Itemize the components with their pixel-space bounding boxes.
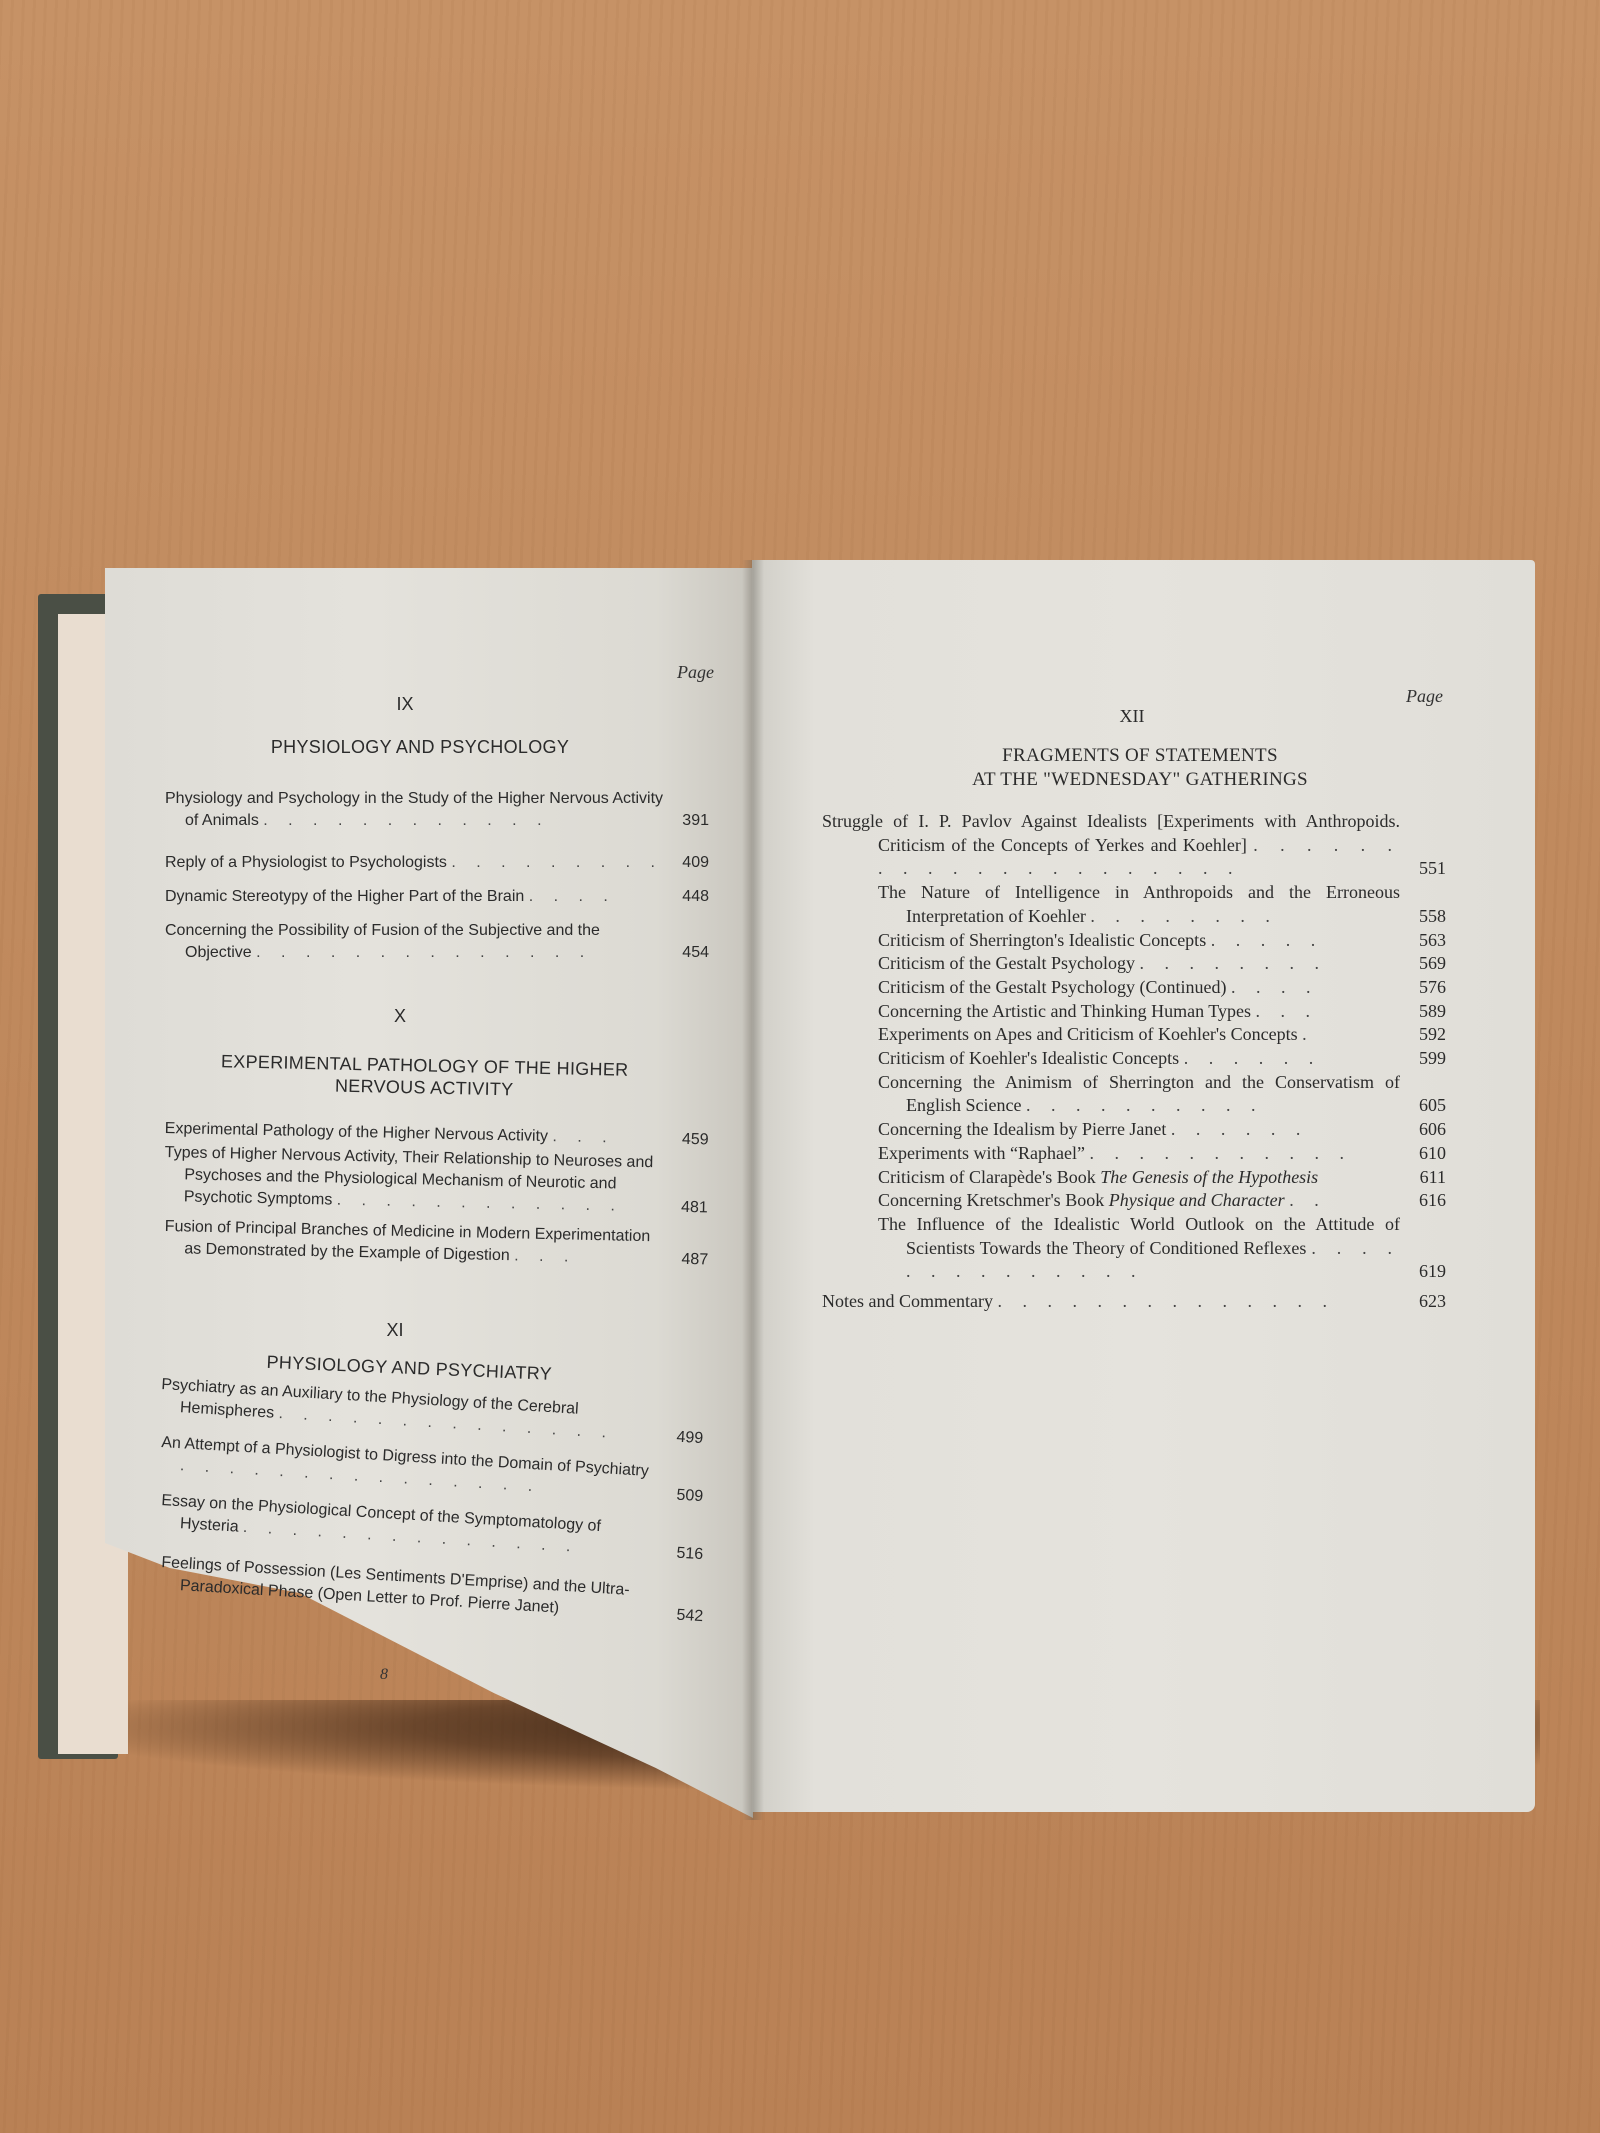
entry-title: Experiments with “Raphael” <box>878 1143 1085 1163</box>
toc-entry[interactable]: Concerning Kretschmer's Book Physique an… <box>878 1189 1400 1213</box>
page-number: 8 <box>380 1666 388 1684</box>
toc-entry[interactable]: Experiments with “Raphael” . . . . . . .… <box>878 1142 1400 1166</box>
toc-entry[interactable]: Experiments on Apes and Criticism of Koe… <box>878 1023 1400 1047</box>
toc-entry[interactable]: The Influence of the Idealistic World Ou… <box>878 1213 1400 1284</box>
toc-entry[interactable]: Criticism of Sherrington's Idealistic Co… <box>878 929 1400 953</box>
toc-entry[interactable]: Concerning the Artistic and Thinking Hum… <box>878 1000 1400 1024</box>
leader-dots: . . . . . . . . . . . . . . <box>997 1291 1335 1311</box>
toc-entry[interactable]: Struggle of I. P. Pavlov Against Idealis… <box>822 810 1400 881</box>
entry-page: 558 <box>1419 905 1446 929</box>
toc-entry-notes[interactable]: Notes and Commentary . . . . . . . . . .… <box>822 1290 1400 1314</box>
leader-dots: . . . . . . . . . . . . <box>337 1192 624 1215</box>
section-numeral-xii: XII <box>1032 706 1232 727</box>
book-title: Physique and Character <box>1109 1190 1285 1210</box>
leader-dots: . . . . <box>529 888 616 905</box>
section-numeral-x: X <box>150 1006 650 1027</box>
entry-page: 516 <box>676 1543 704 1567</box>
entry-page: 623 <box>1419 1290 1446 1314</box>
section-title-xii: FRAGMENTS OF STATEMENTS AT THE "WEDNESDA… <box>880 744 1400 792</box>
entry-page: 589 <box>1419 1000 1446 1024</box>
toc-entry[interactable]: Concerning the Animism of Sherrington an… <box>878 1071 1400 1118</box>
entry-page: 454 <box>682 942 709 964</box>
book-gutter <box>742 560 764 1820</box>
entry-page: 611 <box>1420 1166 1446 1190</box>
toc-entry[interactable]: Concerning the Possibility of Fusion of … <box>165 920 665 964</box>
section-numeral-ix: IX <box>160 694 650 715</box>
entry-title: Concerning the Idealism by Pierre Janet <box>878 1119 1166 1139</box>
toc-entry[interactable]: Criticism of Clarapède's Book The Genesi… <box>878 1166 1400 1190</box>
entry-page: 409 <box>682 852 709 874</box>
entry-title: Concerning Kretschmer's Book <box>878 1190 1109 1210</box>
toc-entry[interactable]: Types of Higher Nervous Activity, Their … <box>164 1142 665 1218</box>
entry-page: 563 <box>1419 929 1446 953</box>
entry-page: 569 <box>1419 952 1446 976</box>
entry-page: 509 <box>676 1485 704 1509</box>
entry-page: 606 <box>1419 1118 1446 1142</box>
toc-list: Struggle of I. P. Pavlov Against Idealis… <box>822 810 1400 1314</box>
entry-page: 599 <box>1419 1047 1446 1071</box>
entry-page: 619 <box>1419 1260 1446 1284</box>
entry-page: 487 <box>681 1249 708 1272</box>
entry-page: 616 <box>1419 1189 1446 1213</box>
leader-dots: . . . <box>514 1247 577 1265</box>
entry-title: Concerning the Artistic and Thinking Hum… <box>878 1001 1251 1021</box>
entry-title: Criticism of Clarapède's Book <box>878 1167 1100 1187</box>
entry-title: Fusion of Principal Branches of Medicine… <box>165 1218 651 1264</box>
leader-dots: . . . . . . . . <box>1090 906 1278 926</box>
entry-title: Criticism of the Gestalt Psychology (Con… <box>878 977 1226 997</box>
section-title-line: FRAGMENTS OF STATEMENTS <box>880 744 1400 768</box>
entry-title: Dynamic Stereotypy of the Higher Part of… <box>165 888 524 905</box>
entry-page: 542 <box>676 1605 704 1629</box>
entry-page: 592 <box>1419 1023 1446 1047</box>
entry-page: 610 <box>1419 1142 1446 1166</box>
leader-dots: . . . . . . . . . . <box>1026 1095 1264 1115</box>
section-title-ix: PHYSIOLOGY AND PSYCHOLOGY <box>160 736 680 758</box>
leader-dots: . . . . . . . . <box>1139 953 1327 973</box>
toc-entry[interactable]: Reply of a Physiologist to Psychologists… <box>165 852 665 874</box>
leader-dots: . . . . . . . . . . . . . . <box>256 944 592 961</box>
left-page-header: Page <box>677 662 714 683</box>
toc-entry[interactable]: The Nature of Intelligence in Anthropoid… <box>878 881 1400 928</box>
entry-page: 481 <box>681 1197 708 1220</box>
entry-title: Notes and Commentary <box>822 1291 993 1311</box>
leader-dots: . . . . . . <box>1184 1048 1322 1068</box>
leader-dots: . . . <box>552 1128 615 1146</box>
section-numeral-xi: XI <box>140 1320 650 1341</box>
entry-page: 459 <box>682 1129 709 1152</box>
entry-title: Criticism of the Gestalt Psychology <box>878 953 1135 973</box>
entry-page: 499 <box>676 1427 704 1451</box>
entry-page: 605 <box>1419 1094 1446 1118</box>
section-title-x: EXPERIMENTAL PATHOLOGY OF THE HIGHER NER… <box>209 1050 640 1103</box>
entry-title: Criticism of Sherrington's Idealistic Co… <box>878 930 1206 950</box>
toc-entry[interactable]: Criticism of Koehler's Idealistic Concep… <box>878 1047 1400 1071</box>
entry-page: 576 <box>1419 976 1446 1000</box>
toc-entry[interactable]: Criticism of the Gestalt Psychology (Con… <box>878 976 1400 1000</box>
entry-title: Experiments on Apes and Criticism of Koe… <box>878 1024 1298 1044</box>
leader-dots: . . . . . . <box>1171 1119 1309 1139</box>
leader-dots: . . <box>1289 1190 1327 1210</box>
entry-title: Reply of a Physiologist to Psychologists <box>165 854 447 871</box>
toc-entry[interactable]: Dynamic Stereotypy of the Higher Part of… <box>165 886 665 908</box>
toc-entry[interactable]: Concerning the Idealism by Pierre Janet … <box>878 1118 1400 1142</box>
entry-page: 551 <box>1419 857 1446 881</box>
toc-entry[interactable]: Criticism of the Gestalt Psychology . . … <box>878 952 1400 976</box>
leader-dots: . <box>1302 1024 1315 1044</box>
entry-page: 391 <box>682 810 709 832</box>
leader-dots: . . . . . . . . . <box>451 854 663 871</box>
entry-title: Criticism of Koehler's Idealistic Concep… <box>878 1048 1179 1068</box>
leader-dots: . . . . . <box>1211 930 1324 950</box>
entry-page: 448 <box>682 886 709 908</box>
toc-entry[interactable]: Physiology and Psychology in the Study o… <box>165 788 665 832</box>
right-page-header: Page <box>1406 686 1443 707</box>
book-title: The Genesis of the Hypothesis <box>1100 1167 1318 1187</box>
leader-dots: . . . <box>1256 1001 1319 1021</box>
leader-dots: . . . . <box>1231 977 1319 997</box>
section-title-line: AT THE "WEDNESDAY" GATHERINGS <box>880 768 1400 792</box>
leader-dots: . . . . . . . . . . . <box>1089 1143 1352 1163</box>
leader-dots: . . . . . . . . . . . . <box>263 812 549 829</box>
